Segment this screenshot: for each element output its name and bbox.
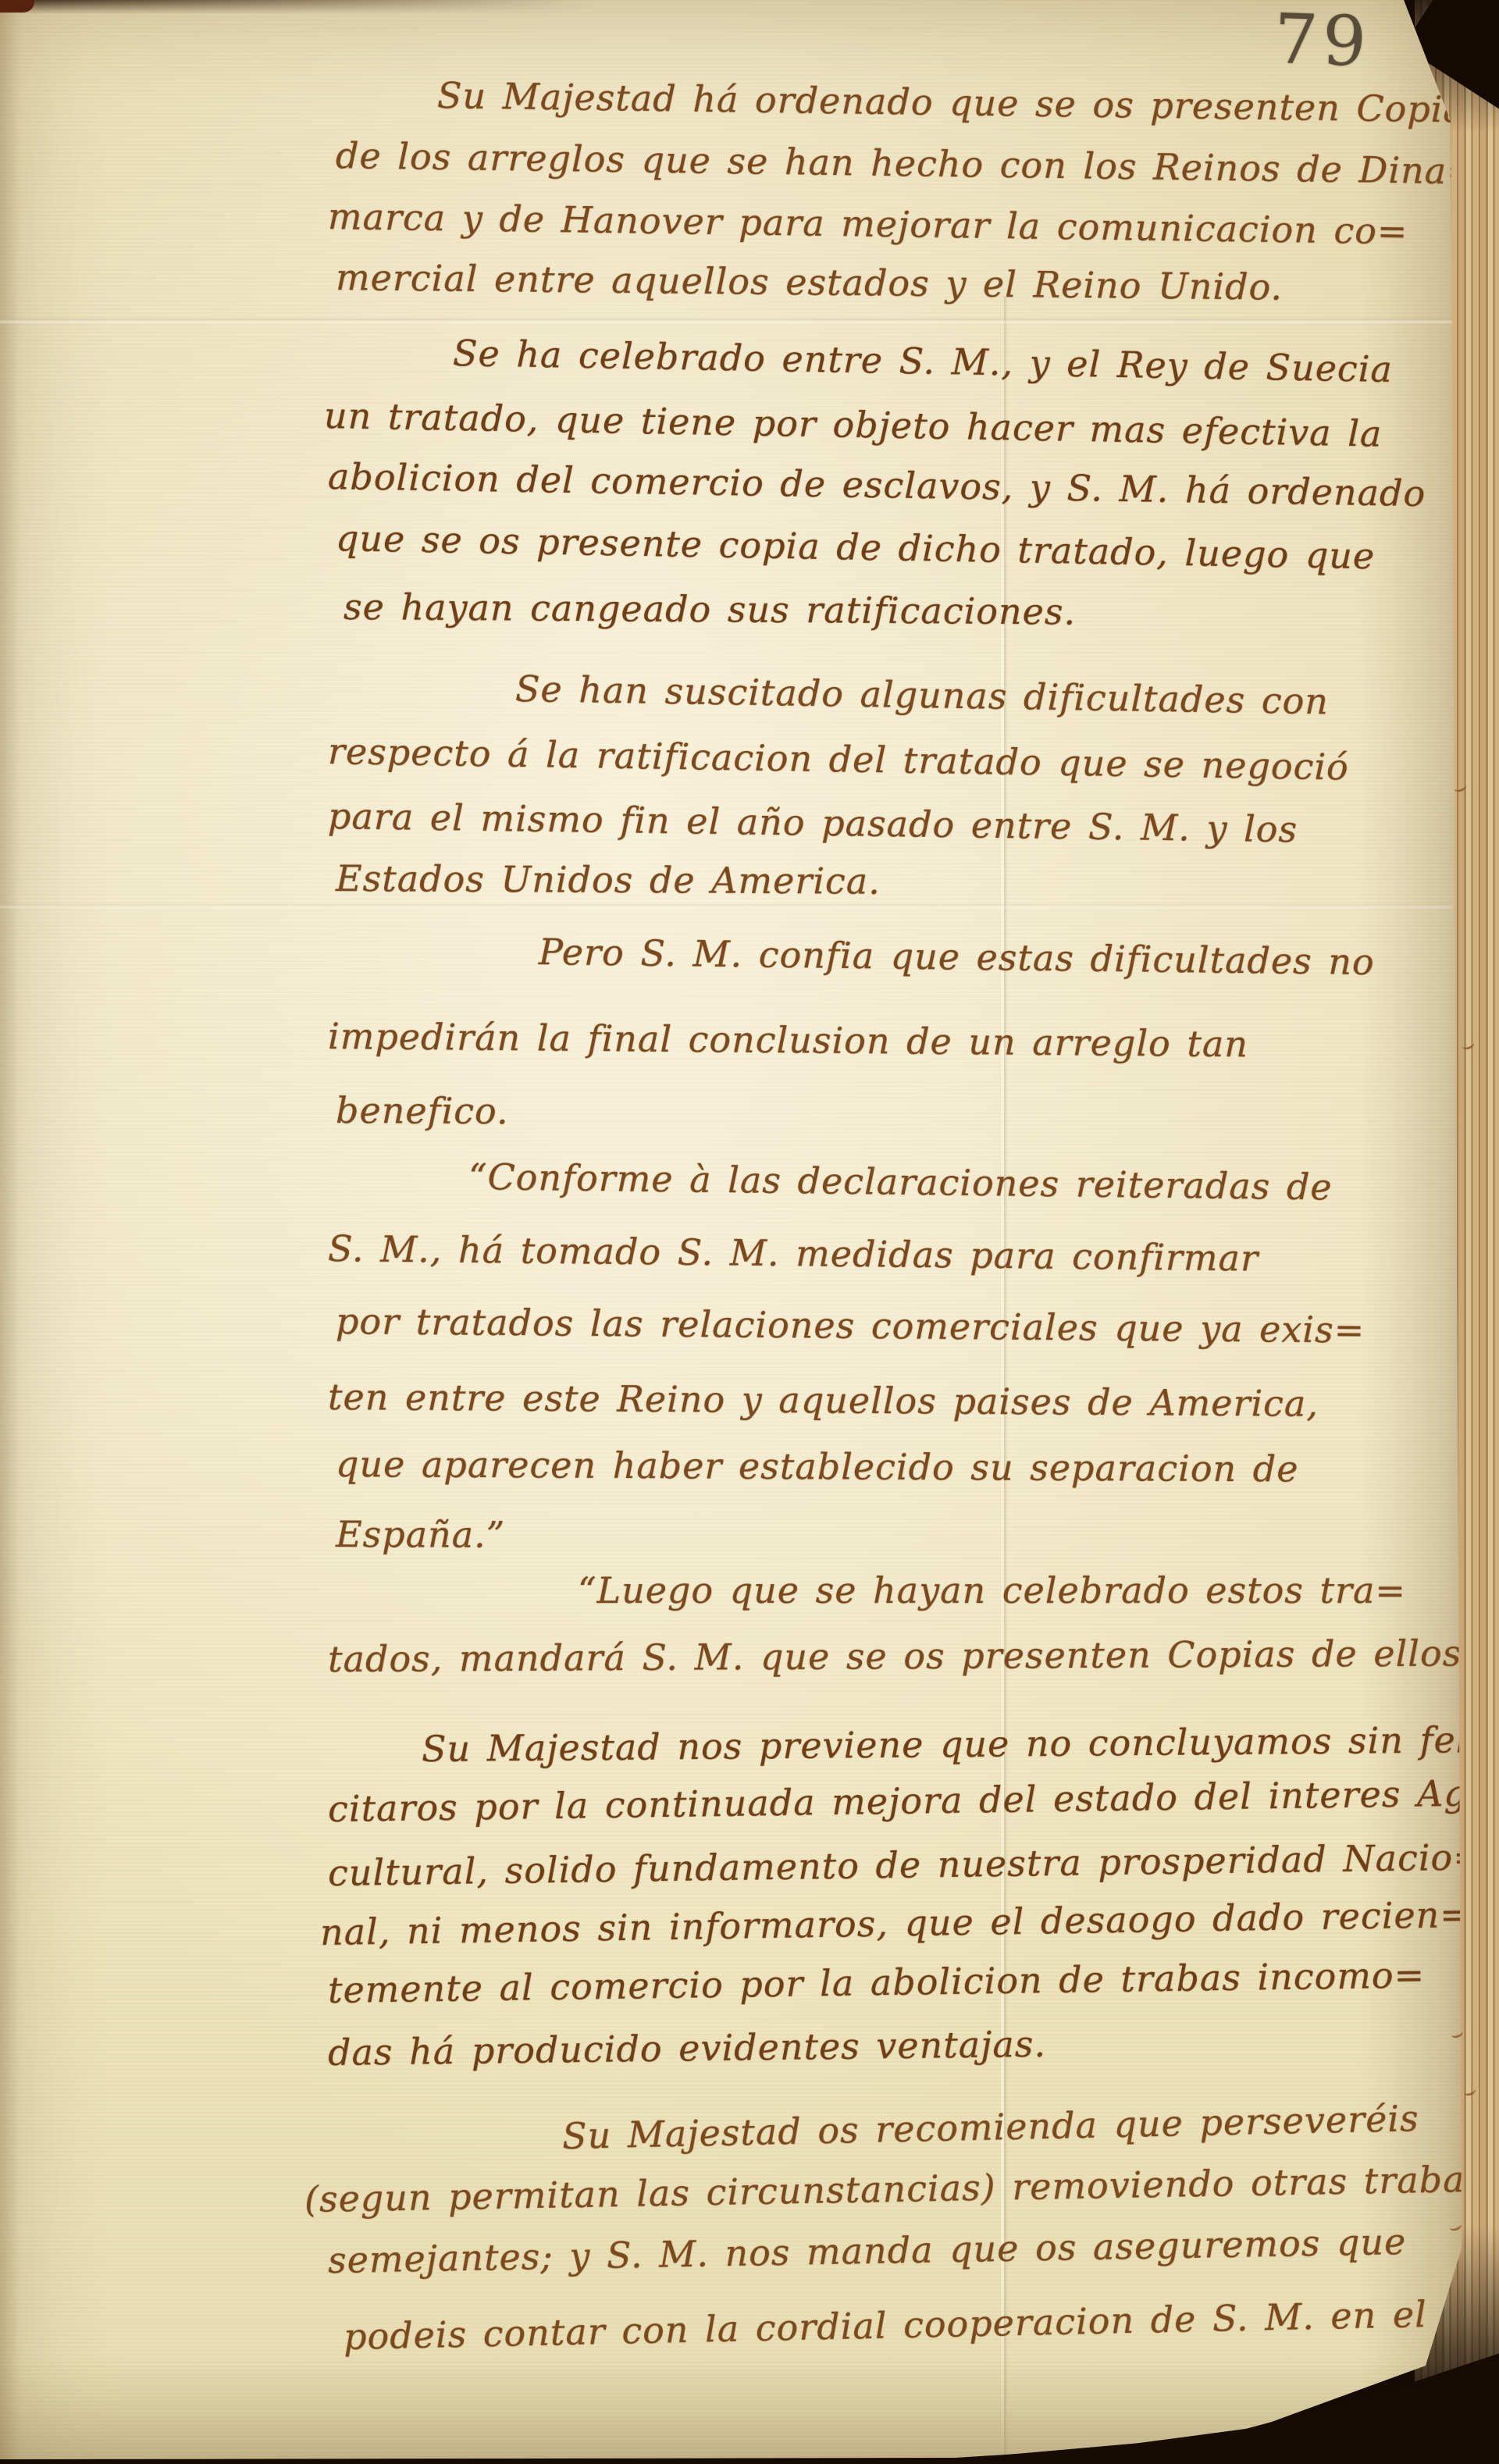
manuscript-line: semejantes; y S. M. nos manda que os ase…: [328, 2220, 1407, 2281]
manuscript-line: abolicion del comercio de esclavos, y S.…: [328, 455, 1426, 515]
manuscript-line: por tratados las relaciones comerciales …: [336, 1300, 1365, 1351]
manuscript-line: S. M., há tomado S. M. medidas para conf…: [328, 1227, 1259, 1279]
manuscript-line: Su Majestad há ordenado que se os presen…: [437, 74, 1485, 131]
horizontal-fold-mid: [0, 904, 1452, 909]
manuscript-line: Su Majestad nos previene que no concluya…: [422, 1718, 1499, 1770]
manuscript-line: ten entre este Reino y aquellos paises d…: [328, 1376, 1319, 1425]
manuscript-line: podeis contar con la cordial cooperacion…: [343, 2293, 1427, 2358]
manuscript-line: España.”: [336, 1513, 505, 1556]
manuscript-line: se hayan cangeado sus ratificaciones.: [344, 586, 1076, 633]
manuscript-page: 79 Su Majestad há ordenado que se os pre…: [0, 0, 1499, 2464]
manuscript-line: nal, ni menos sin informaros, que el des…: [320, 1893, 1472, 1953]
manuscript-line: “Conforme à las declaraciones reiteradas…: [468, 1155, 1333, 1209]
manuscript-line: das há producido evidentes ventajas.: [328, 2023, 1047, 2074]
manuscript-line: impedirán la final conclusion de un arre…: [328, 1015, 1248, 1065]
manuscript-line: (segun permitan las circunstancias) remo…: [304, 2158, 1485, 2220]
manuscript-line: benefico.: [336, 1089, 509, 1132]
top-left-corner-speck: [0, 0, 34, 12]
manuscript-line: citaros por la continuada mejora del est…: [328, 1771, 1499, 1830]
manuscript-line: Se ha celebrado entre S. M., y el Rey de…: [453, 332, 1394, 390]
manuscript-line: de los arreglos que se han hecho con los…: [336, 134, 1478, 192]
manuscript-line: Se han suscitado algunas dificultades co…: [515, 668, 1330, 722]
manuscript-line: respecto á la ratificacion del tratado q…: [328, 730, 1350, 789]
manuscript-line: Estados Unidos de America.: [336, 857, 881, 903]
manuscript-line: temente al comercio por la abolicion de …: [328, 1953, 1426, 2011]
manuscript-line: Su Majestad os recomienda que perseveréi…: [561, 2097, 1419, 2157]
horizontal-fold-upper: [0, 319, 1452, 324]
manuscript-line: mercial entre aquellos estados y el Rein…: [336, 256, 1284, 308]
page-number: 79: [1273, 0, 1373, 82]
manuscript-photo: { "manuscript": { "page_number": "79", "…: [0, 0, 1499, 2464]
manuscript-line: marca y de Hanover para mejorar la comun…: [328, 195, 1408, 252]
manuscript-line: Pero S. M. confia que estas dificultades…: [539, 931, 1375, 983]
manuscript-line: un tratado, que tiene por objeto hacer m…: [324, 394, 1383, 455]
manuscript-line: para el mismo fin el año pasado entre S.…: [328, 795, 1298, 850]
manuscript-line: que se os presente copia de dicho tratad…: [336, 517, 1376, 577]
top-edge-shadow: [0, 0, 593, 14]
manuscript-line: cultural, solido fundamento de nuestra p…: [328, 1836, 1484, 1894]
manuscript-line: que aparecen haber establecido su separa…: [336, 1443, 1299, 1490]
manuscript-line: tados, mandará S. M. que se os presenten…: [328, 1632, 1494, 1680]
manuscript-line: “Luego que se hayan celebrado estos tra=: [578, 1569, 1406, 1611]
